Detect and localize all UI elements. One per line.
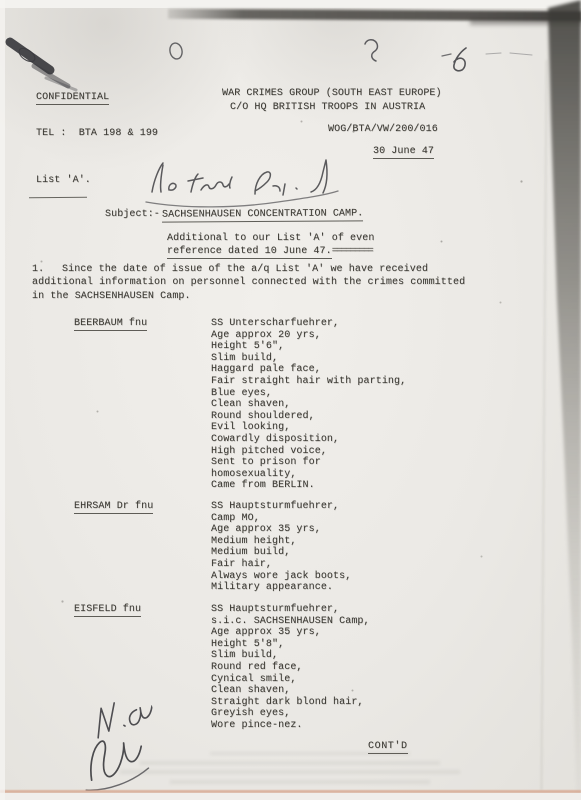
scan-left-edge bbox=[0, 0, 5, 800]
bleedthrough-line bbox=[210, 752, 410, 755]
detail-line: Came from BERLIN. bbox=[211, 480, 406, 492]
bleedthrough-line bbox=[140, 761, 440, 765]
detail-line: High pitched voice, bbox=[211, 446, 406, 458]
handwritten-note bbox=[138, 156, 350, 208]
detail-line: Haggard pale face, bbox=[211, 364, 406, 376]
list-label: List 'A'. bbox=[36, 175, 91, 187]
detail-line: Medium build, bbox=[211, 547, 351, 559]
binder-hole-mark bbox=[360, 38, 382, 66]
subject-title: SACHSENHAUSEN CONCENTRATION CAMP. bbox=[162, 208, 363, 222]
detail-line: Height 5'8", bbox=[211, 639, 370, 651]
detail-line: Fair hair, bbox=[211, 559, 351, 571]
detail-line: Cynical smile, bbox=[211, 674, 370, 686]
suspect-name: EISFELD fnu bbox=[74, 604, 141, 617]
bleedthrough-line bbox=[120, 770, 460, 774]
detail-line: Always wore jack boots, bbox=[211, 571, 351, 583]
detail-line: Slim build, bbox=[211, 353, 406, 365]
detail-line: Sent to prison for bbox=[211, 457, 406, 469]
subject-label: Subject:- bbox=[105, 209, 160, 221]
detail-line: Wore pince-nez. bbox=[211, 720, 370, 732]
detail-line: Age approx 35 yrs, bbox=[211, 524, 351, 536]
document-date: 30 June 47 bbox=[373, 146, 434, 159]
paragraph-line: additional information on personnel conn… bbox=[32, 277, 465, 289]
bleedthrough-line bbox=[170, 780, 430, 784]
detail-line: Round red face, bbox=[211, 662, 370, 674]
suspect-name: EHRSAM Dr fnu bbox=[74, 501, 153, 514]
detail-line: Straight dark blond hair, bbox=[211, 697, 370, 709]
paragraph-line: Since the date of issue of the a/q List … bbox=[62, 264, 428, 276]
detail-line: Age approx 20 yrs, bbox=[211, 330, 406, 342]
addendum-line1: Additional to our List 'A' of even bbox=[167, 233, 374, 245]
detail-line: Blue eyes, bbox=[211, 388, 406, 400]
detail-line: SS Unterscharfuehrer, bbox=[211, 318, 406, 330]
addendum-line2: reference dated 10 June 47.========= bbox=[167, 246, 372, 258]
detail-line: Clean shaven, bbox=[211, 399, 406, 411]
detail-line: Evil looking, bbox=[211, 422, 406, 434]
detail-line: Cowardly disposition, bbox=[211, 434, 406, 446]
detail-line: Clean shaven, bbox=[211, 685, 370, 697]
file-reference: WOG/BTA/VW/200/016 bbox=[328, 124, 438, 136]
detail-line: s.i.c. SACHSENHAUSEN Camp, bbox=[211, 616, 370, 628]
paragraph-line: in the SACHSENHAUSEN Camp. bbox=[32, 291, 191, 303]
suspect-name: BEERBAUM fnu bbox=[74, 318, 147, 331]
binder-hole-mark bbox=[166, 40, 186, 62]
detail-line: homosexuality, bbox=[211, 469, 406, 481]
paragraph-number: 1. bbox=[32, 264, 44, 276]
detail-line: Round shouldered, bbox=[211, 411, 406, 423]
detail-line: Height 5'6", bbox=[211, 341, 406, 353]
org-name-line2: C/O HQ BRITISH TROOPS IN AUSTRIA bbox=[230, 102, 425, 114]
tel-line: TEL : BTA 198 & 199 bbox=[36, 128, 158, 140]
detail-line: SS Hauptsturmfuehrer, bbox=[211, 604, 370, 616]
signature-scribble bbox=[63, 712, 173, 800]
scan-bottom-strip bbox=[0, 793, 581, 800]
detail-line: SS Hauptsturmfuehrer, bbox=[211, 501, 351, 513]
list-label-underline bbox=[29, 197, 87, 199]
detail-line: Slim build, bbox=[211, 650, 370, 662]
suspect-details: SS Hauptsturmfuehrer,s.i.c. SACHSENHAUSE… bbox=[211, 604, 370, 732]
org-name-line1: WAR CRIMES GROUP (SOUTH EAST EUROPE) bbox=[222, 88, 442, 100]
scan-top-edge bbox=[0, 0, 581, 8]
suspect-details: SS Unterscharfuehrer,Age approx 20 yrs,H… bbox=[211, 318, 406, 492]
detail-line: Military appearance. bbox=[211, 582, 351, 594]
staple-mark bbox=[0, 28, 90, 100]
detail-line: Age approx 35 yrs, bbox=[211, 627, 370, 639]
handwritten-page-number bbox=[438, 44, 548, 72]
addendum-trailer: ========= bbox=[332, 246, 373, 257]
suspect-details: SS Hauptsturmfuehrer,Camp MO,Age approx … bbox=[211, 501, 351, 594]
classification-stamp: CONFIDENTIAL bbox=[36, 92, 109, 105]
detail-line: Fair straight hair with parting, bbox=[211, 376, 406, 388]
detail-line: Greyish eyes, bbox=[211, 708, 370, 720]
detail-line: Medium height, bbox=[211, 536, 351, 548]
scanned-document-page: CONFIDENTIAL WAR CRIMES GROUP (SOUTH EAS… bbox=[0, 0, 581, 800]
addendum-line2-text: reference dated 10 June 47. bbox=[167, 246, 332, 259]
detail-line: Camp MO, bbox=[211, 513, 351, 525]
